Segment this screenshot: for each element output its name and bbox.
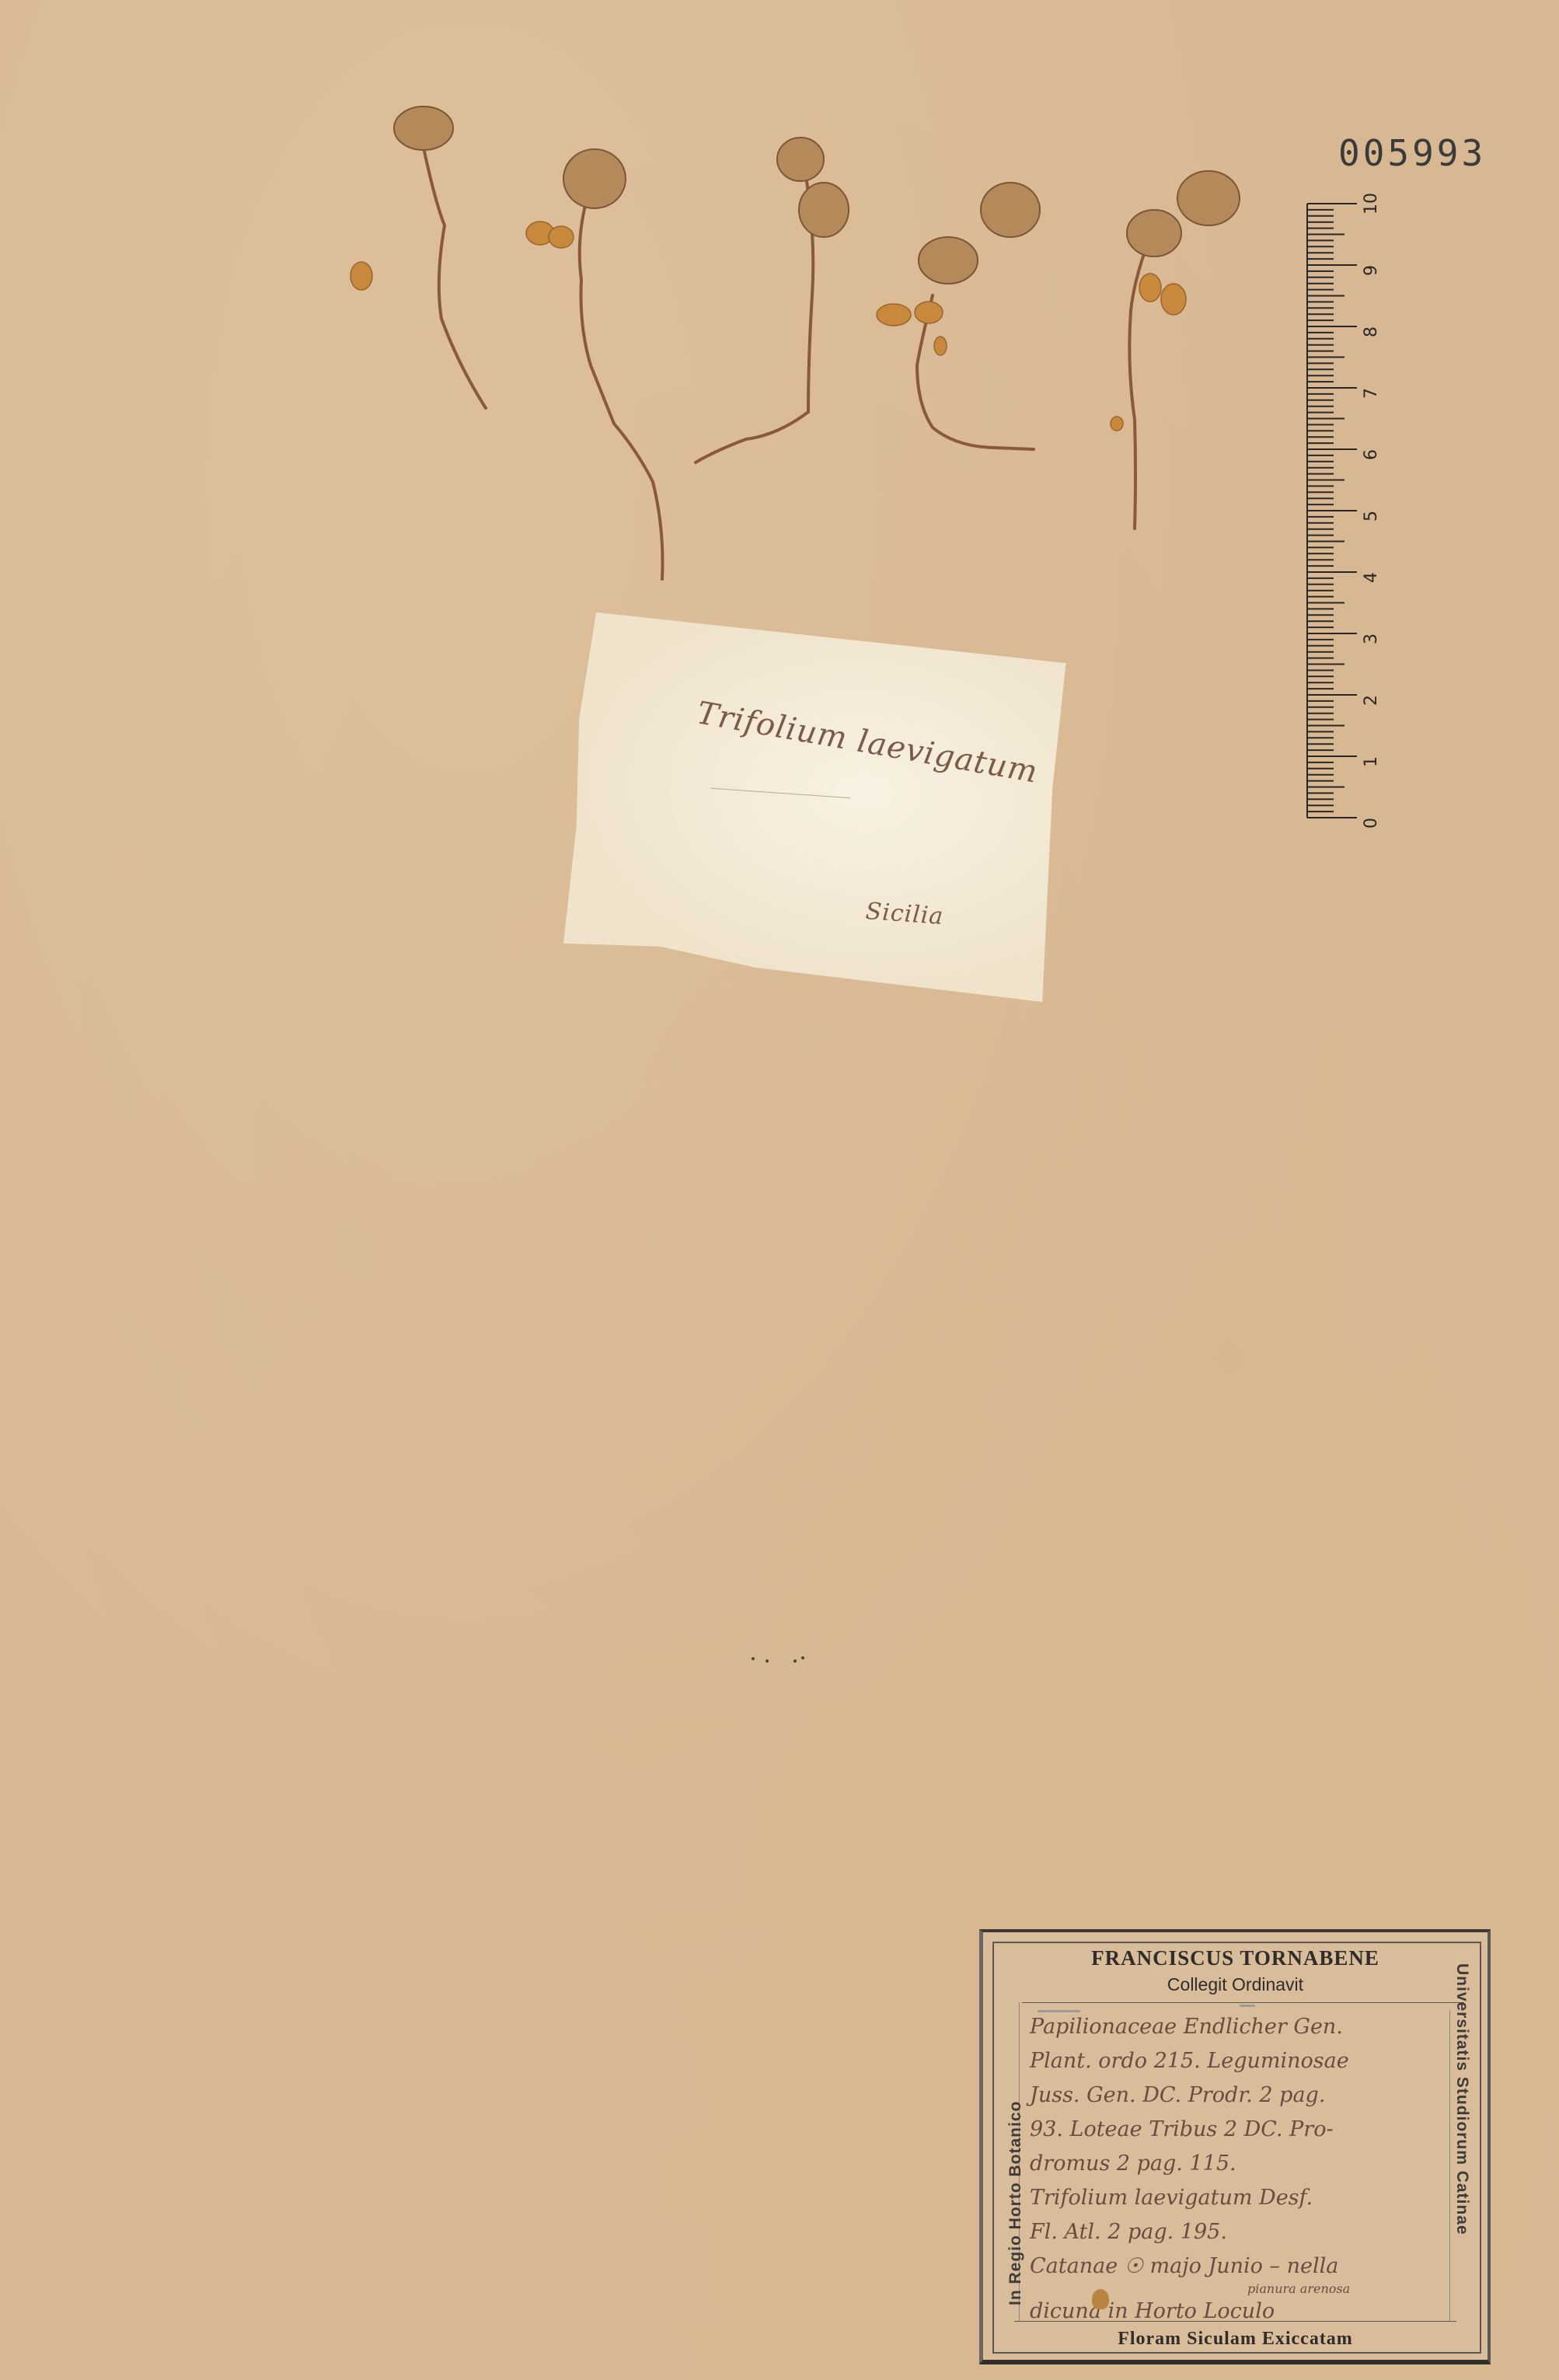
collector-label: FRANCISCUS TORNABENE Collegit Ordinavit … [979,1929,1491,2364]
plant-specimens [0,0,1559,622]
ruler-label: 0 [1362,818,1381,829]
label-subtitle: Collegit Ordinavit [983,1974,1488,1995]
handwritten-line: Juss. Gen. DC. Prodr. 2 pag. [1030,2078,1465,2113]
handwritten-line: Fl. Atl. 2 pag. 195. [1030,2215,1465,2249]
loose-leaflet [1092,2289,1109,2309]
ruler-label: 1 [1362,756,1381,767]
slip-fold-line [710,788,850,799]
collector-name: FRANCISCUS TORNABENE [983,1946,1488,1970]
ruler-label: 3 [1362,633,1381,644]
handwritten-notes: Papilionaceae Endlicher Gen. Plant. ordo… [1030,2010,1465,2329]
label-left-side-text: In Regio Horto Botanico [1006,1948,1025,2305]
determination-slip: Trifolium laevigatum Sicilia [562,612,1068,1002]
locality-handwritten: Sicilia [865,898,945,930]
staple [1240,2005,1255,2007]
label-footer: Floram Siculam Exiccatam [983,2329,1488,2350]
handwritten-line: Plant. ordo 215. Leguminosae [1030,2044,1465,2078]
handwritten-line: Trifolium laevigatum Desf. [1030,2181,1465,2215]
pin-hole-marks [750,1656,812,1663]
divider [1014,2321,1456,2322]
handwritten-line: Papilionaceae Endlicher Gen. [1030,2010,1465,2044]
handwritten-line: 93. Loteae Tribus 2 DC. Pro- [1030,2113,1465,2147]
handwritten-line: dromus 2 pag. 115. [1030,2147,1465,2181]
divider [1022,2002,1464,2003]
ruler-label: 2 [1362,695,1381,706]
species-name-handwritten: Trifolium laevigatum [694,695,1041,790]
handwritten-line: Catanae ☉ majo Junio – nella [1030,2249,1465,2284]
herbarium-sheet: 005993 012345678910 [0,0,1559,2380]
